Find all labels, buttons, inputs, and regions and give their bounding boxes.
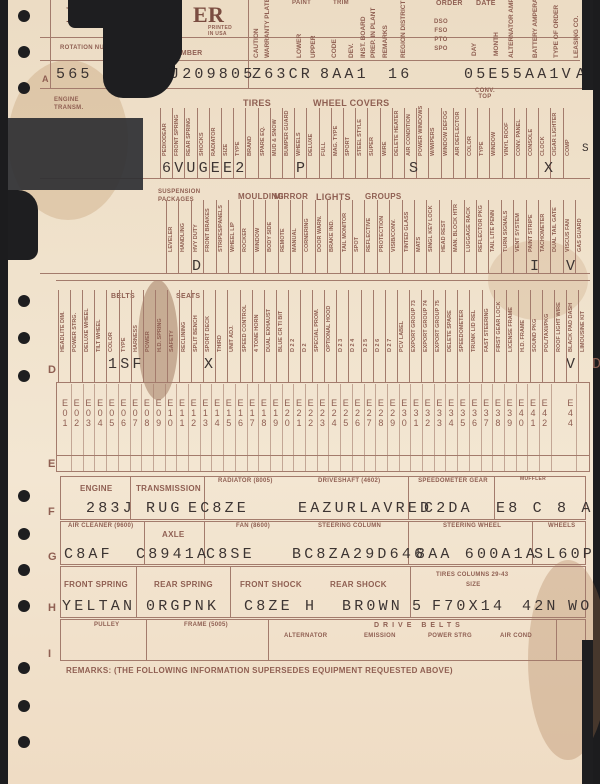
column-header: DOOR WARN.	[317, 206, 323, 252]
column-header: BLACK PAD DASH	[568, 304, 574, 352]
option-code: E17	[247, 398, 257, 428]
column-header: MATS	[416, 206, 422, 252]
air-cleaner-label: AIR CLEANER (9600)	[68, 523, 133, 529]
driveshaft-value: EAZURLAVRED	[298, 500, 432, 517]
row-label-f: F	[48, 506, 55, 518]
column-header: CONSOLE	[528, 112, 534, 156]
frame-label: FRAME (5005)	[184, 622, 228, 628]
radiator-value: EC8ZE	[188, 500, 249, 517]
column-header: SPECIAL PROM.	[314, 304, 320, 352]
air-condition-value: S	[409, 160, 421, 177]
column-header: SOUND PKG	[532, 304, 538, 352]
column-header: MAN. BLOCK HTR	[453, 206, 459, 252]
muffler-label: MUFFLER	[520, 476, 546, 482]
column-header: SPOT	[354, 206, 360, 252]
fan-label: FAN (8600)	[236, 523, 270, 529]
front-shock-value: C8ZE H	[244, 598, 317, 615]
column-header: BRAND	[247, 112, 253, 156]
rear-shock-label: REAR SHOCK	[330, 580, 387, 589]
tire-size-label: SIZE	[466, 582, 481, 588]
option-code: E26	[353, 398, 363, 428]
column-header: CLOCK	[540, 112, 546, 156]
air-cond-label: AIR COND	[500, 633, 532, 639]
column-header: SPORT DECK	[205, 304, 211, 352]
option-code: E05	[107, 398, 117, 428]
option-code: E27	[364, 398, 374, 428]
column-header: DELETE HEATER	[394, 112, 400, 156]
engine-transm-label: ENGINE TRANSM.	[54, 96, 86, 112]
column-header: THIRD	[217, 304, 223, 352]
option-code: E01	[60, 398, 70, 428]
tire-rate-value: 42N	[522, 598, 559, 615]
option-code: E36	[470, 398, 480, 428]
row-b-main-value: 6VUGEE2	[162, 160, 247, 177]
punch-hole	[18, 332, 30, 344]
column-header: VINYL ROOF	[504, 112, 510, 156]
column-header: CORNERING	[304, 206, 310, 252]
trim-code-label: CODE	[331, 18, 338, 58]
column-header: FIRST GEAR LOCK	[496, 304, 502, 352]
column-header: W/WIPERS	[430, 112, 436, 156]
column-header: ROOF LIGHT WIRE	[556, 304, 562, 352]
row-label-g: G	[48, 551, 57, 563]
column-header: EXPORT GROUP 74	[423, 304, 429, 352]
column-header: STRIPES/PANELS	[218, 206, 224, 252]
column-header: MAG. TYPE	[333, 112, 339, 156]
type-of-order-label: TYPE OF ORDER	[553, 0, 560, 58]
front-spring-label: FRONT SPRING	[64, 580, 128, 589]
punch-hole	[18, 564, 30, 576]
option-code: E20	[282, 398, 292, 428]
column-header: SPLIT BENCH	[193, 304, 199, 352]
column-header: TAIL MONITOR	[342, 206, 348, 252]
option-code: E37	[481, 398, 491, 428]
column-header: AIR DEFLECTOR	[455, 112, 461, 156]
option-code: E14	[212, 398, 222, 428]
black-pad-value: V	[566, 356, 578, 373]
column-header: RADIATOR	[211, 112, 217, 156]
column-header: POWER	[145, 304, 151, 352]
option-code: E02	[72, 398, 82, 428]
column-header: SPEEDOMETER	[459, 304, 465, 352]
torn-area	[582, 640, 593, 784]
column-header: COLOR	[108, 304, 114, 352]
tires-columns-label: TIRES COLUMNS 29-43	[436, 572, 508, 578]
row-i-box	[60, 619, 586, 661]
column-header: GAS GUARD	[577, 206, 583, 252]
column-header: REFLECTIVE	[366, 206, 372, 252]
groups-label: GROUPS	[365, 192, 401, 201]
column-header: SHOCKS	[199, 112, 205, 156]
column-header: DELUXE	[308, 112, 314, 156]
conv-top-label: CONV. TOP	[470, 88, 500, 100]
option-code: E29	[388, 398, 398, 428]
column-header: FRONT SPRING	[174, 112, 180, 156]
row-label-d: D	[48, 364, 56, 376]
column-header: LUGGAGE RACK	[466, 206, 472, 252]
drive-belts-label: DRIVE BELTS	[374, 622, 464, 629]
steering-wheel-label: STEERING WHEEL	[443, 523, 501, 529]
column-header: PAINT STRIPE	[528, 206, 534, 252]
lower-label: LOWER	[296, 18, 303, 58]
column-header: ROCKER	[242, 206, 248, 252]
dev-label: DEV.	[348, 18, 355, 58]
column-header: TILT WHEEL	[96, 304, 102, 352]
prep-label: PREP. IN PLANT	[370, 8, 377, 58]
option-code: E21	[294, 398, 304, 428]
punch-hole	[18, 370, 30, 382]
column-header: 4 TONE HORN	[254, 304, 260, 352]
column-header: EXPORT GROUP 75	[435, 304, 441, 352]
column-header: LEVELER	[168, 206, 174, 252]
inst-board-label: INST. BOARD	[360, 8, 367, 58]
column-header: MANUAL	[292, 206, 298, 252]
column-header: STEEL STYLE	[357, 112, 363, 156]
wheel-covers-label: WHEEL COVERS	[313, 98, 389, 108]
column-header: BUMPER GUARD	[284, 112, 290, 156]
column-header: D 2	[302, 304, 308, 352]
option-code: E32	[423, 398, 433, 428]
column-header: BRAKE IND.	[329, 206, 335, 252]
column-header: FULL	[321, 112, 327, 156]
radiator-label: RADIATOR (8005)	[218, 478, 273, 484]
column-header: EXPORT GROUP 73	[411, 304, 417, 352]
column-header: CONV. PANEL	[516, 112, 522, 156]
column-header: CIGAR LIGHTER	[552, 112, 558, 156]
option-code: E30	[399, 398, 409, 428]
wheels-label: WHEELS	[548, 523, 575, 529]
option-code: E16	[236, 398, 246, 428]
punch-hole	[18, 82, 30, 94]
option-code: E39	[505, 398, 515, 428]
column-header: SINGL KEY LOCK	[428, 206, 434, 252]
punch-hole	[18, 10, 30, 22]
axle-value: C8941A	[136, 546, 209, 563]
alternator-label: ALTERNATOR	[284, 633, 327, 639]
column-header: POWER STRG.	[72, 304, 78, 352]
region-district-label: REGION DISTRICT	[400, 8, 407, 58]
option-code: E42	[540, 398, 550, 428]
torn-area	[8, 190, 38, 260]
caution-label: CAUTION	[253, 8, 260, 58]
column-header: DUAL EXHAUST	[266, 304, 272, 352]
paint-label: PAINT	[292, 0, 311, 6]
document-sheet: PA ER PRINTED IN USA ROTATION NUMBER NUM…	[8, 0, 593, 784]
order-label: ORDER	[436, 0, 463, 7]
column-header: REMOTE	[280, 206, 286, 252]
column-header: DELETE SPARE	[447, 304, 453, 352]
option-code: E15	[224, 398, 234, 428]
tire-size-value: F70X14	[432, 598, 505, 615]
column-header: HEADLITE DIM.	[60, 304, 66, 352]
region-district-value: 16	[388, 66, 412, 83]
option-code: E38	[493, 398, 503, 428]
column-header: PROTECTION	[379, 206, 385, 252]
number-value: J209805	[170, 66, 255, 83]
lights-label: LIGHTS	[316, 192, 351, 202]
option-code: E11	[177, 398, 187, 428]
column-header: TRUNK LID REL	[471, 304, 477, 352]
column-header: D 2 2	[290, 304, 296, 352]
printed-label: PRINTED IN USA	[208, 25, 232, 37]
column-header: WINDOW DEFOG	[443, 112, 449, 156]
torn-area	[582, 0, 593, 90]
option-code: E35	[458, 398, 468, 428]
rear-shock-value: BR0WN	[342, 598, 403, 615]
steering-column-label: STEERING COLUMN	[318, 523, 381, 529]
punch-hole	[18, 662, 30, 674]
column-header: VENT SYSTEM	[515, 206, 521, 252]
column-header: RECLINING	[181, 304, 187, 352]
tape-patch	[8, 118, 143, 190]
option-code: E28	[376, 398, 386, 428]
punch-hole	[18, 736, 30, 748]
front-spring-value: YELTAN	[62, 598, 135, 615]
steering-wheel-value: 8AA 600A1A	[416, 546, 538, 563]
column-header: FRONT BRAKES	[205, 206, 211, 252]
option-code: E22	[306, 398, 316, 428]
option-code: E31	[411, 398, 421, 428]
column-header: SIZE	[223, 112, 229, 156]
column-header: LICENSE FRAME	[508, 304, 514, 352]
warranty-plate-label: WARRANTY PLATE CODE	[264, 8, 271, 58]
column-header: COMP	[565, 112, 571, 156]
column-header: FAST STEERING	[484, 304, 490, 352]
column-header: H.D. SPRING	[157, 304, 163, 352]
option-code: E12	[189, 398, 199, 428]
column-header: WINDOW	[255, 206, 261, 252]
wheels-size-value: SL60P	[534, 546, 595, 563]
clock-value: X	[544, 160, 556, 177]
tachometer-value: I	[530, 258, 542, 275]
column-header: WHEELS	[296, 112, 302, 156]
option-code: E33	[434, 398, 444, 428]
column-header: WHEEL LIP	[230, 206, 236, 252]
battery-amperage-label: BATTERY AMPERAGE	[532, 8, 539, 58]
column-header: DUAL TAIL GATE	[552, 206, 558, 252]
torn-area	[148, 0, 182, 70]
column-header: SPORT	[345, 112, 351, 156]
column-header: POL/TAXI/PKG	[544, 304, 550, 352]
row-label-i: I	[48, 648, 51, 660]
date-label: DATE	[476, 0, 496, 7]
remarks-label: REMARKS: (THE FOLLOWING INFORMATION SUPE…	[66, 666, 453, 675]
column-header: UNIT ADJ.	[229, 304, 235, 352]
option-code: E23	[317, 398, 327, 428]
option-code: E03	[83, 398, 93, 428]
month-label: MONTH	[493, 20, 500, 56]
steering-column-value: BC8ZA29D646	[292, 546, 426, 563]
column-header: SUPER	[369, 112, 375, 156]
speedometer-value: C2DA	[424, 500, 473, 517]
row-label-a: A	[42, 74, 49, 84]
air-cleaner-value: C8AF	[64, 546, 113, 563]
column-header: SAFETY	[169, 304, 175, 352]
leasing-co-label: LEASING CO.	[573, 0, 580, 58]
transmission-label: TRANSMISSION	[136, 484, 201, 493]
day-label: DAY	[471, 30, 478, 56]
date-value: 05E55AA1V	[464, 66, 574, 83]
wheels-value: P	[296, 160, 308, 177]
comp-value: S	[582, 143, 592, 155]
column-header: BODY SIDE	[267, 206, 273, 252]
punch-hole	[18, 600, 30, 612]
column-header: COLOR	[467, 112, 473, 156]
order-types-label: DSO FSO PTO SPO	[429, 18, 453, 54]
column-header: D 2 7	[387, 304, 393, 352]
emission-label: EMISSION	[364, 633, 396, 639]
belts-value: 1SF	[108, 356, 145, 373]
column-header: WIRE	[382, 112, 388, 156]
column-header: SPEED CONTROL	[242, 304, 248, 352]
upper-label: UPPER	[310, 18, 317, 58]
column-header: TINTED GLASS	[404, 206, 410, 252]
option-code: E40	[516, 398, 526, 428]
row-label-e: E	[48, 458, 55, 470]
column-header: POWER WINDOWS	[418, 112, 424, 156]
column-header: PEDIODEAR	[162, 112, 168, 156]
option-code: E13	[200, 398, 210, 428]
option-code: E06	[119, 398, 129, 428]
remarks-vertical-label: REMARKS	[382, 8, 389, 58]
option-code: E09	[154, 398, 164, 428]
engine-value: 283J	[86, 500, 135, 517]
punch-hole	[18, 700, 30, 712]
option-code: E34	[446, 398, 456, 428]
column-header: TYPE	[235, 112, 241, 156]
tire-brand-value: 5	[412, 598, 424, 615]
column-header: VISCUS FAN	[565, 206, 571, 252]
trim-label: TRIM	[333, 0, 349, 6]
column-header: MUD & SNOW	[272, 112, 278, 156]
option-code: E04	[95, 398, 105, 428]
column-header: HARNESS	[133, 304, 139, 352]
tire-white-value: WO	[568, 598, 592, 615]
column-header: REFLECTOR PKG	[478, 206, 484, 252]
column-header: BLUE CR TI BIT	[278, 304, 284, 352]
pulley-label: PULLEY	[94, 622, 119, 628]
transmission-value: RUG	[146, 500, 183, 517]
column-header: DELUXE WHEEL	[84, 304, 90, 352]
axle-label: AXLE	[162, 530, 185, 539]
option-code: E07	[130, 398, 140, 428]
punch-hole	[18, 528, 30, 540]
engine-label: ENGINE	[80, 484, 112, 493]
option-code: E10	[165, 398, 175, 428]
option-code: E25	[341, 398, 351, 428]
muffler-value: E8 C 8 A	[496, 500, 594, 517]
column-header: HANDLING	[180, 206, 186, 252]
rotation-number-value: 565	[56, 66, 93, 83]
column-header: HVY DUTY	[193, 206, 199, 252]
option-code: E41	[528, 398, 538, 428]
option-code: E18	[259, 398, 269, 428]
limousine-value: D	[592, 356, 600, 373]
column-header: TYPE	[479, 112, 485, 156]
option-code: E08	[142, 398, 152, 428]
column-header: TACHOMETER	[540, 206, 546, 252]
alternator-amperage-label: ALTERNATOR AMPERAGE	[508, 8, 515, 58]
trim-code-value: 8AA1	[320, 66, 369, 83]
column-header: D 2 5	[363, 304, 369, 352]
warranty-plate-value: Z63CR	[252, 66, 313, 83]
option-code: E24	[329, 398, 339, 428]
option-code: E19	[271, 398, 281, 428]
column-header: REAR SPRING	[186, 112, 192, 156]
punch-hole	[18, 46, 30, 58]
driveshaft-label: DRIVESHAFT (4602)	[318, 478, 380, 484]
column-header: TURN SIGNALS	[503, 206, 509, 252]
row-label-h: H	[48, 602, 56, 614]
column-header: D 2 6	[375, 304, 381, 352]
column-header: D 2 4	[350, 304, 356, 352]
rear-spring-label: REAR SPRING	[154, 580, 213, 589]
column-header: VISIB/CONV.	[391, 206, 397, 252]
option-code: E44	[565, 398, 575, 428]
speedometer-gear-label: SPEEDOMETER GEAR	[418, 478, 488, 484]
column-header: HEAD REST	[441, 206, 447, 252]
column-header: OPTIONAL HOOD	[326, 304, 332, 352]
rear-spring-value: 0RGPNK	[146, 598, 219, 615]
column-header: H.D. FRAME	[520, 304, 526, 352]
power-strg-label: POWER STRG	[428, 633, 472, 639]
column-header: PCV LABEL	[399, 304, 405, 352]
tires-label: TIRES	[243, 98, 271, 108]
punch-hole	[18, 295, 30, 307]
viscus-fan-value: V	[566, 258, 578, 275]
column-header: TAIL LITE PENN	[490, 206, 496, 252]
column-header: TYPE	[121, 304, 127, 352]
punch-hole	[18, 490, 30, 502]
column-header: LIMOUSINE KIT	[580, 304, 586, 352]
column-header: SPARE EQ.	[260, 112, 266, 156]
fan-value: C8SE	[206, 546, 255, 563]
column-header: WINDOW	[491, 112, 497, 156]
column-header: AIR CONDITION	[406, 112, 412, 156]
front-shock-label: FRONT SHOCK	[240, 580, 302, 589]
column-header: D 2 3	[338, 304, 344, 352]
